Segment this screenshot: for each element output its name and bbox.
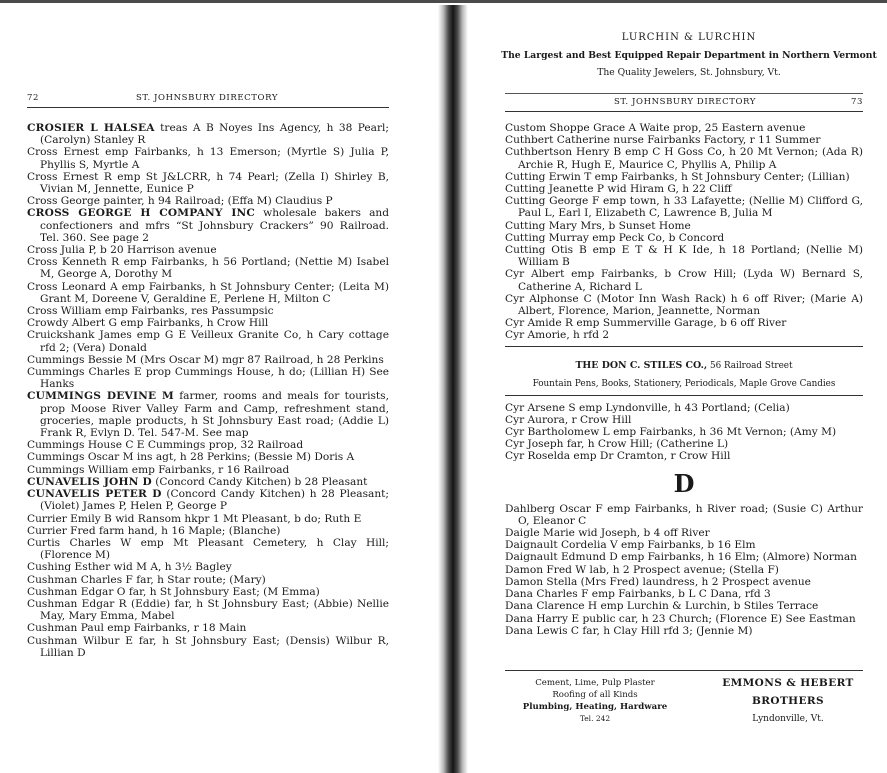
directory-entry: Damon Fred W lab, h 2 Prospect avenue; (… <box>505 564 863 576</box>
directory-entry: Cyr Albert emp Fairbanks, b Crow Hill; (… <box>505 268 863 292</box>
directory-entry: Cushman Wilbur E far, h St Johnsbury Eas… <box>27 635 389 659</box>
book-gutter <box>438 5 468 773</box>
entries-before-ad: Custom Shoppe Grace A Waite prop, 25 Eas… <box>505 122 863 342</box>
directory-entry: Cutting George F emp town, h 33 Lafayett… <box>505 195 863 219</box>
entry-text: Cushman Edgar R (Eddie) far, h St Johnsb… <box>27 598 389 622</box>
entry-text: Cutting Mary Mrs, b Sunset Home <box>505 220 691 232</box>
directory-entry: Cyr Roselda emp Dr Cramton, r Crow Hill <box>505 450 863 462</box>
directory-entry: Curtis Charles W emp Mt Pleasant Cemeter… <box>27 537 389 561</box>
directory-entry: Cutting Erwin T emp Fairbanks, h St John… <box>505 171 863 183</box>
entry-text: Cushman Charles F far, h Star route; (Ma… <box>27 574 266 586</box>
entry-text: Cuthbert Catherine nurse Fairbanks Facto… <box>505 134 820 146</box>
ad-products: Fountain Pens, Books, Stationery, Period… <box>505 379 863 389</box>
directory-entry: Custom Shoppe Grace A Waite prop, 25 Eas… <box>505 122 863 134</box>
ad-line: Cement, Lime, Pulp Plaster <box>505 677 685 689</box>
directory-entry: Cummings Charles E prop Cummings House, … <box>27 366 389 390</box>
directory-entry: Cross Ernest R emp St J&LCRR, h 74 Pearl… <box>27 171 389 195</box>
entry-text: Cummings Bessie M (Mrs Oscar M) mgr 87 R… <box>27 354 384 366</box>
directory-entry: Dahlberg Oscar F emp Fairbanks, h River … <box>505 503 863 527</box>
ad-name: THE DON C. STILES CO., <box>575 360 707 371</box>
directory-entry: Cross Julia P, b 20 Harrison avenue <box>27 244 389 256</box>
directory-entry: Cross George painter, h 94 Railroad; (Ef… <box>27 195 389 207</box>
ad-tagline: The Largest and Best Equipped Repair Dep… <box>495 50 883 61</box>
directory-entry: Crowdy Albert G emp Fairbanks, h Crow Hi… <box>27 317 389 329</box>
entry-text: Cushman Edgar O far, h St Johnsbury East… <box>27 586 320 598</box>
running-title: ST. JOHNSBURY DIRECTORY <box>39 93 375 103</box>
entry-text: Currier Fred farm hand, h 16 Maple; (Bla… <box>27 525 280 537</box>
entry-text: Curtis Charles W emp Mt Pleasant Cemeter… <box>27 537 389 561</box>
entry-text: Daigle Marie wid Joseph, b 4 off River <box>505 527 710 539</box>
entry-text: Daignault Edmund D emp Fairbanks, h 16 E… <box>505 551 857 563</box>
entry-text: Cyr Arsene S emp Lyndonville, h 43 Portl… <box>505 402 790 414</box>
directory-entry: Cutting Otis B emp E T & H K Ide, h 18 P… <box>505 244 863 268</box>
scan-top-border <box>0 0 887 3</box>
entry-text: Crowdy Albert G emp Fairbanks, h Crow Hi… <box>27 317 268 329</box>
entry-bold-name: CROSIER L HALSEA <box>27 122 155 134</box>
entry-text: Cross William emp Fairbanks, res Passump… <box>27 305 274 317</box>
entry-bold-name: CUMMINGS DEVINE M <box>27 390 174 402</box>
directory-entry: Damon Stella (Mrs Fred) laundress, h 2 P… <box>505 576 863 588</box>
entries-section-d: Dahlberg Oscar F emp Fairbanks, h River … <box>505 503 863 637</box>
entry-text: Damon Fred W lab, h 2 Prospect avenue; (… <box>505 564 779 576</box>
entry-text: Cyr Roselda emp Dr Cramton, r Crow Hill <box>505 450 730 462</box>
right-running-head: ST. JOHNSBURY DIRECTORY 73 <box>505 93 863 112</box>
right-entries: Custom Shoppe Grace A Waite prop, 25 Eas… <box>505 122 863 637</box>
directory-entry: Cruickshank James emp G E Veilleux Grani… <box>27 329 389 353</box>
directory-entry: Cyr Alphonse C (Motor Inn Wash Rack) h 6… <box>505 293 863 317</box>
directory-entry: Cummings House C E Cummings prop, 32 Rai… <box>27 439 389 451</box>
directory-entry: Cyr Amorie, h rfd 2 <box>505 329 863 341</box>
directory-entry: Dana Charles F emp Fairbanks, b L C Dana… <box>505 588 863 600</box>
entry-text: Cross Ernest R emp St J&LCRR, h 74 Pearl… <box>27 171 389 195</box>
directory-entry: Cushman Charles F far, h Star route; (Ma… <box>27 574 389 586</box>
entry-text: Cutting Murray emp Peck Co, b Concord <box>505 232 724 244</box>
entry-text: Cutting Jeanette P wid Hiram G, h 22 Cli… <box>505 183 732 195</box>
directory-entry: Currier Fred farm hand, h 16 Maple; (Bla… <box>27 525 389 537</box>
directory-entry: Cummings Oscar M ins agt, h 28 Perkins; … <box>27 451 389 463</box>
entry-bold-name: CROSS GEORGE H COMPANY INC <box>27 207 255 219</box>
entry-text: Cummings House C E Cummings prop, 32 Rai… <box>27 439 303 451</box>
directory-entry: Cuthbertson Henry B emp C H Goss Co, h 2… <box>505 146 863 170</box>
directory-entry: Currier Emily B wid Ransom hkpr 1 Mt Ple… <box>27 513 389 525</box>
directory-entry: Cummings William emp Fairbanks, r 16 Rai… <box>27 464 389 476</box>
entry-text: Cruickshank James emp G E Veilleux Grani… <box>27 329 389 353</box>
directory-entry: Cushing Esther wid M A, h 3½ Bagley <box>27 561 389 573</box>
directory-entry: Cyr Arsene S emp Lyndonville, h 43 Portl… <box>505 402 863 414</box>
entry-text: (Concord Candy Kitchen) b 28 Pleasant <box>152 476 368 488</box>
ad-name: LURCHIN & LURCHIN <box>495 32 883 43</box>
ad-company-name-2: BROTHERS <box>713 695 863 707</box>
ad-location: Lyndonville, Vt. <box>713 714 863 724</box>
entry-text: Cross Ernest emp Fairbanks, h 13 Emerson… <box>27 146 389 170</box>
entry-text: Cutting George F emp town, h 33 Lafayett… <box>505 195 863 219</box>
entries-after-ad: Cyr Arsene S emp Lyndonville, h 43 Portl… <box>505 402 863 463</box>
entry-text: Dana Harry E public car, h 23 Church; (F… <box>505 613 856 625</box>
entry-text: Cross George painter, h 94 Railroad; (Ef… <box>27 195 333 207</box>
ad-company-column: EMMONS & HEBERT BROTHERS Lyndonville, Vt… <box>713 677 863 725</box>
ad-address: 56 Railroad Street <box>707 361 792 371</box>
ad-tel: Tel. 242 <box>505 713 685 725</box>
entry-text: Dana Clarence H emp Lurchin & Lurchin, b… <box>505 600 818 612</box>
entry-text: Cyr Amide R emp Summerville Garage, b 6 … <box>505 317 786 329</box>
directory-entry: Cuthbert Catherine nurse Fairbanks Facto… <box>505 134 863 146</box>
directory-entry: Daignault Cordelia V emp Fairbanks, b 16… <box>505 539 863 551</box>
entry-text: Cyr Joseph far, h Crow Hill; (Catherine … <box>505 438 728 450</box>
entry-bold-name: CUNAVELIS PETER D <box>27 488 162 500</box>
directory-entry: Daignault Edmund D emp Fairbanks, h 16 E… <box>505 551 863 563</box>
directory-entry: Cyr Joseph far, h Crow Hill; (Catherine … <box>505 438 863 450</box>
entry-text: Currier Emily B wid Ransom hkpr 1 Mt Ple… <box>27 513 361 525</box>
directory-entry: Cyr Amide R emp Summerville Garage, b 6 … <box>505 317 863 329</box>
left-running-head: 72 ST. JOHNSBURY DIRECTORY <box>27 93 389 108</box>
lurchin-advertisement: LURCHIN & LURCHIN The Largest and Best E… <box>495 32 883 78</box>
directory-entry: Cyr Bartholomew L emp Fairbanks, h 36 Mt… <box>505 426 863 438</box>
directory-entry: Cutting Murray emp Peck Co, b Concord <box>505 232 863 244</box>
entry-text: Cross Julia P, b 20 Harrison avenue <box>27 244 217 256</box>
directory-entry: Dana Clarence H emp Lurchin & Lurchin, b… <box>505 600 863 612</box>
directory-entry: CUMMINGS DEVINE M farmer, rooms and meal… <box>27 390 389 439</box>
ad-line-bold: Plumbing, Heating, Hardware <box>505 701 685 713</box>
directory-entry: Cross Ernest emp Fairbanks, h 13 Emerson… <box>27 146 389 170</box>
ad-line: Roofing of all Kinds <box>505 689 685 701</box>
directory-entry: Dana Harry E public car, h 23 Church; (F… <box>505 613 863 625</box>
emmons-hebert-advertisement: Cement, Lime, Pulp Plaster Roofing of al… <box>505 670 863 725</box>
directory-entry: Cushman Edgar O far, h St Johnsbury East… <box>27 586 389 598</box>
directory-entry: Cushman Edgar R (Eddie) far, h St Johnsb… <box>27 598 389 622</box>
entry-text: Dahlberg Oscar F emp Fairbanks, h River … <box>505 503 863 527</box>
entry-text: Cutting Erwin T emp Fairbanks, h St John… <box>505 171 850 183</box>
ad-subline: The Quality Jewelers, St. Johnsbury, Vt. <box>495 67 883 78</box>
directory-entry: CROSIER L HALSEA treas A B Noyes Ins Age… <box>27 122 389 146</box>
ad-products-column: Cement, Lime, Pulp Plaster Roofing of al… <box>505 677 685 725</box>
entry-text: Cutting Otis B emp E T & H K Ide, h 18 P… <box>505 244 863 268</box>
directory-entry: Cross Leonard A emp Fairbanks, h St John… <box>27 281 389 305</box>
directory-entry: Daigle Marie wid Joseph, b 4 off River <box>505 527 863 539</box>
entry-text: Dana Charles F emp Fairbanks, b L C Dana… <box>505 588 771 600</box>
entry-text: Cummings Oscar M ins agt, h 28 Perkins; … <box>27 451 354 463</box>
entry-text: Cyr Amorie, h rfd 2 <box>505 329 609 341</box>
left-entries: CROSIER L HALSEA treas A B Noyes Ins Age… <box>27 122 389 659</box>
directory-entry: Cutting Mary Mrs, b Sunset Home <box>505 220 863 232</box>
directory-entry: Cushman Paul emp Fairbanks, r 18 Main <box>27 622 389 634</box>
stiles-advertisement: THE DON C. STILES CO., 56 Railroad Stree… <box>505 346 863 396</box>
entry-text: Cummings Charles E prop Cummings House, … <box>27 366 389 390</box>
directory-entry: Cummings Bessie M (Mrs Oscar M) mgr 87 R… <box>27 354 389 366</box>
directory-entry: Cutting Jeanette P wid Hiram G, h 22 Cli… <box>505 183 863 195</box>
ad-company-name: EMMONS & HEBERT <box>713 677 863 689</box>
entry-text: Cushing Esther wid M A, h 3½ Bagley <box>27 561 232 573</box>
entry-text: Cross Leonard A emp Fairbanks, h St John… <box>27 281 389 305</box>
entry-text: Cyr Albert emp Fairbanks, b Crow Hill; (… <box>505 268 863 292</box>
entry-text: Cushman Paul emp Fairbanks, r 18 Main <box>27 622 246 634</box>
directory-entry: CUNAVELIS JOHN D (Concord Candy Kitchen)… <box>27 476 389 488</box>
entry-text: Dana Lewis C far, h Clay Hill rfd 3; (Je… <box>505 625 752 637</box>
running-title: ST. JOHNSBURY DIRECTORY <box>519 97 851 107</box>
directory-entry: Cross Kenneth R emp Fairbanks, h 56 Port… <box>27 256 389 280</box>
entry-text: Cyr Aurora, r Crow Hill <box>505 414 631 426</box>
entry-text: Cyr Bartholomew L emp Fairbanks, h 36 Mt… <box>505 426 836 438</box>
directory-entry: Dana Lewis C far, h Clay Hill rfd 3; (Je… <box>505 625 863 637</box>
entry-text: Cross Kenneth R emp Fairbanks, h 56 Port… <box>27 256 389 280</box>
entry-text: Damon Stella (Mrs Fred) laundress, h 2 P… <box>505 576 811 588</box>
entry-text: Daignault Cordelia V emp Fairbanks, b 16… <box>505 539 756 551</box>
entry-text: Cuthbertson Henry B emp C H Goss Co, h 2… <box>505 146 863 170</box>
directory-entry: Cross William emp Fairbanks, res Passump… <box>27 305 389 317</box>
entry-bold-name: CUNAVELIS JOHN D <box>27 476 152 488</box>
page-number: 72 <box>27 93 39 103</box>
directory-entry: Cyr Aurora, r Crow Hill <box>505 414 863 426</box>
entry-text: Custom Shoppe Grace A Waite prop, 25 Eas… <box>505 122 805 134</box>
entry-text: Cyr Alphonse C (Motor Inn Wash Rack) h 6… <box>505 293 863 317</box>
directory-entry: CROSS GEORGE H COMPANY INC wholesale bak… <box>27 207 389 244</box>
entry-text: Cummings William emp Fairbanks, r 16 Rai… <box>27 464 289 476</box>
section-letter-heading: D <box>505 469 863 499</box>
directory-entry: CUNAVELIS PETER D (Concord Candy Kitchen… <box>27 488 389 512</box>
page-number: 73 <box>851 97 863 107</box>
entry-text: Cushman Wilbur E far, h St Johnsbury Eas… <box>27 635 389 659</box>
